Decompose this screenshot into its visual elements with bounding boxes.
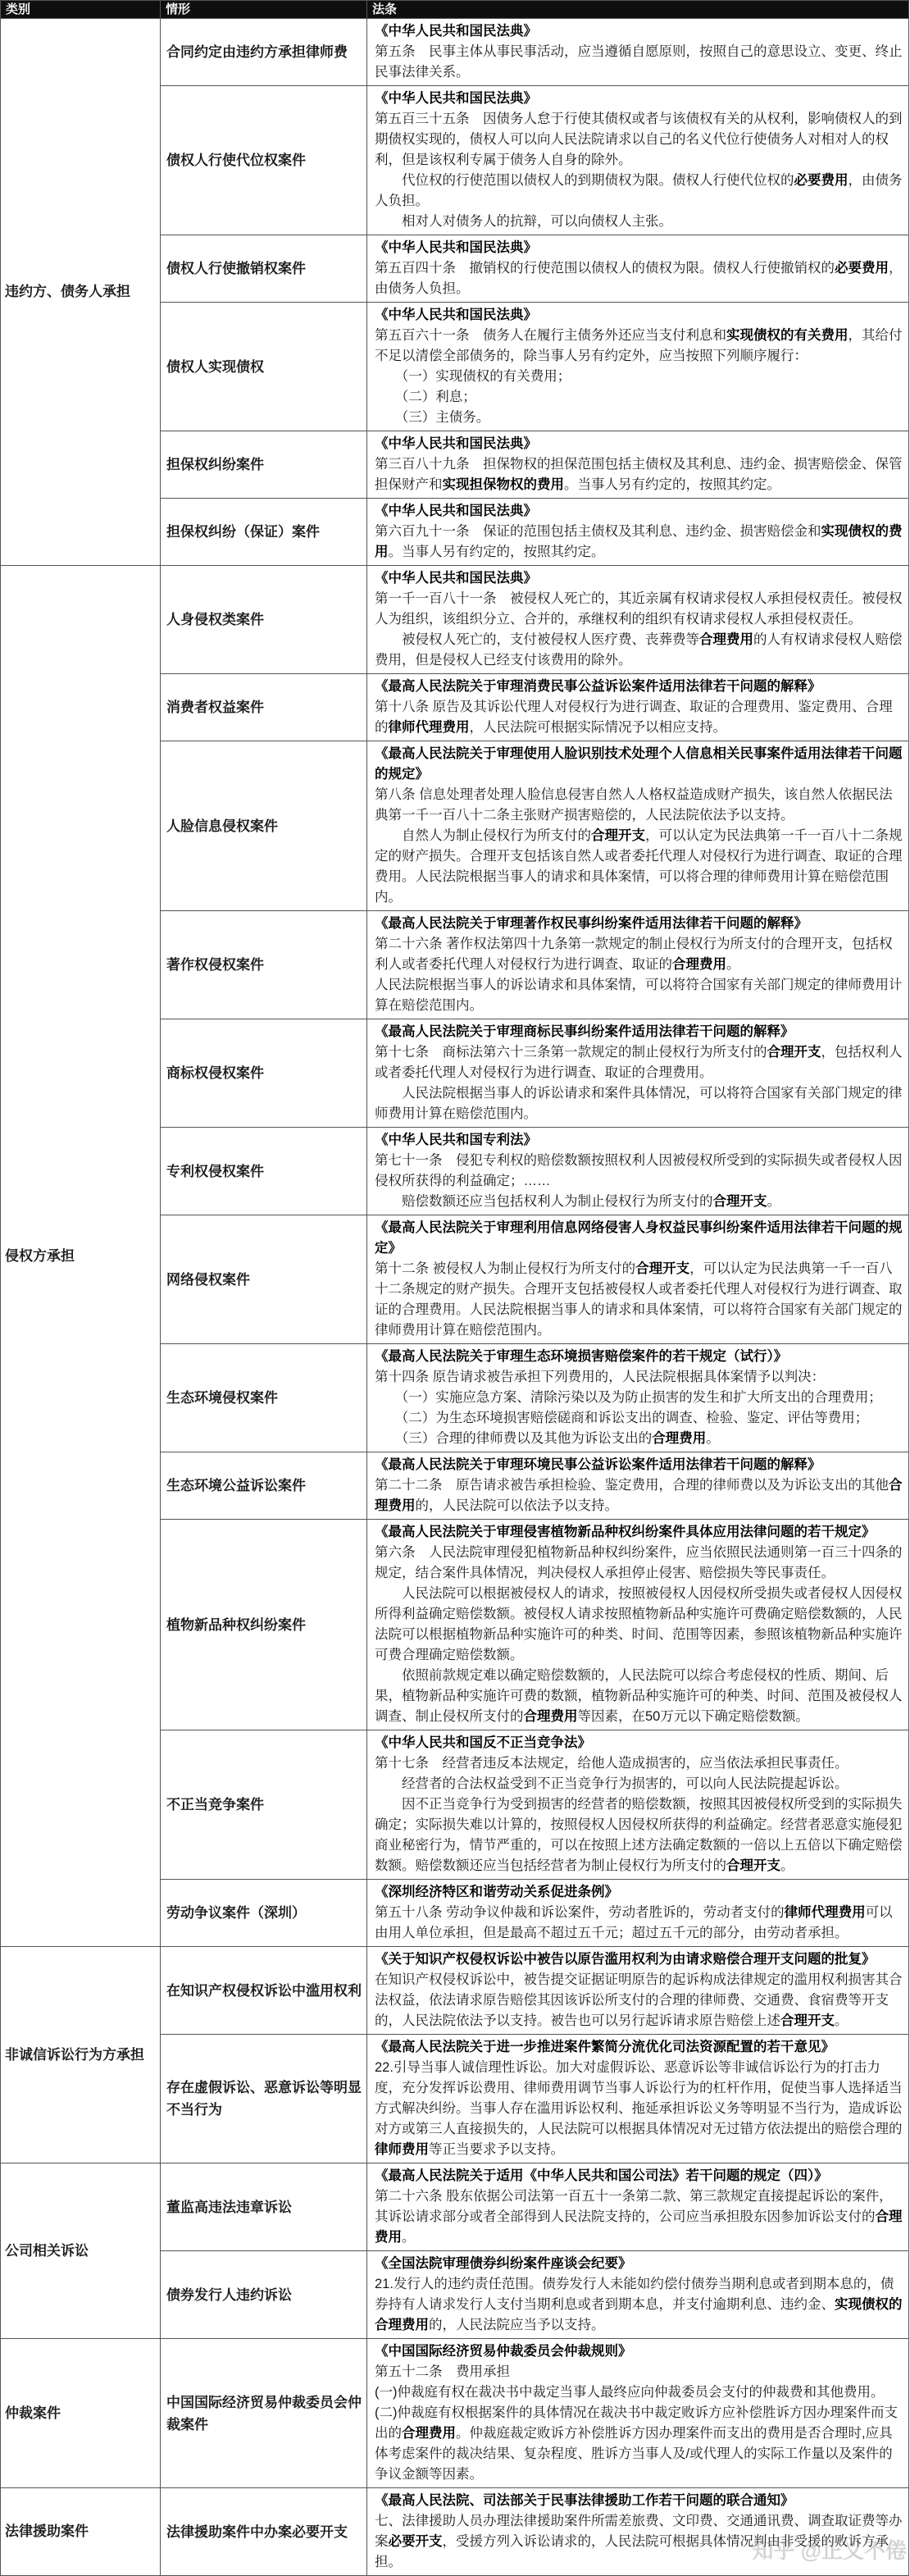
situation-cell: 担保权纠纷（保证）案件 bbox=[161, 499, 367, 566]
law-cell: 《中华人民共和国民法典》第五百三十五条 因债务人怠于行使其债权或者与该债权有关的… bbox=[367, 86, 909, 235]
law-cell: 《中华人民共和国民法典》第一千一百八十一条 被侵权人死亡的，其近亲属有权请求侵权… bbox=[367, 566, 909, 674]
table-header: 类别 情形 法条 bbox=[1, 1, 909, 19]
law-paragraph: （一）实现债权的有关费用； bbox=[375, 367, 903, 387]
law-paragraph: 《最高人民法院关于进一步推进案件繁简分流优化司法资源配置的若干意见》 bbox=[375, 2037, 903, 2058]
law-paragraph: 人民法院可以根据被侵权人的请求，按照被侵权人因侵权所受损失或者侵权人因侵权所得利… bbox=[375, 1584, 903, 1666]
law-paragraph: 第六百九十一条 保证的范围包括主债权及其利息、违约金、损害赔偿金和实现债权的费用… bbox=[375, 522, 903, 563]
law-paragraph: 代位权的行使范围以债权人的到期债权为限。债权人行使代位权的必要费用，由债务人负担… bbox=[375, 171, 903, 212]
law-paragraph: 因不正当竞争行为受到损害的经营者的赔偿数额，按照其因被侵权所受到的实际损失确定；… bbox=[375, 1794, 903, 1876]
law-paragraph: （三）主债务。 bbox=[375, 408, 903, 428]
law-paragraph: 《中华人民共和国民法典》 bbox=[375, 501, 903, 522]
law-paragraph: 《中华人民共和国专利法》 bbox=[375, 1130, 903, 1151]
law-paragraph: 《中华人民共和国反不正当竞争法》 bbox=[375, 1733, 903, 1753]
table-row: 非诚信诉讼行为方承担在知识产权侵权诉讼中滥用权利《关于知识产权侵权诉讼中被告以原… bbox=[1, 1947, 909, 2035]
law-cell: 《中国国际经济贸易仲裁委员会仲裁规则》第五十二条 费用承担(一)仲裁庭有权在裁决… bbox=[367, 2339, 909, 2488]
law-cell: 《中华人民共和国民法典》第五百四十条 撤销权的行使范围以债权人的债权为限。债权人… bbox=[367, 235, 909, 303]
law-paragraph: （二）利息； bbox=[375, 387, 903, 408]
category-cell: 违约方、债务人承担 bbox=[1, 19, 161, 566]
law-paragraph: 人民法院根据当事人的诉讼请求和案件具体情况，可以将符合国家有关部门规定的律师费用… bbox=[375, 1083, 903, 1124]
law-paragraph: (二)仲裁庭有权根据案件的具体情况在裁决书中裁定败诉方应补偿胜诉方因办理案件而支… bbox=[375, 2403, 903, 2485]
law-paragraph: 第十七条 商标法第六十三条第一款规定的制止侵权行为所支付的合理开支，包括权利人或… bbox=[375, 1042, 903, 1083]
law-paragraph: 第五十二条 费用承担 bbox=[375, 2362, 903, 2382]
situation-cell: 劳动争议案件（深圳） bbox=[161, 1880, 367, 1947]
law-paragraph: 《最高人民法院关于审理消费民事公益诉讼案件适用法律若干问题的解释》 bbox=[375, 677, 903, 697]
law-paragraph: 七、法律援助人员办理法律援助案件所需差旅费、文印费、交通通讯费、调查取证费等办案… bbox=[375, 2511, 903, 2573]
law-paragraph: 《最高人民法院关于审理侵害植物新品种权纠纷案件具体应用法律问题的若干规定》 bbox=[375, 1522, 903, 1543]
table-body: 违约方、债务人承担合同约定由违约方承担律师费《中华人民共和国民法典》第五条 民事… bbox=[1, 19, 909, 2576]
law-paragraph: 第十四条 原告请求被告承担下列费用的，人民法院根据具体案情予以判决： bbox=[375, 1367, 903, 1388]
header-law: 法条 bbox=[367, 1, 909, 19]
law-paragraph: 第一千一百八十一条 被侵权人死亡的，其近亲属有权请求侵权人承担侵权责任。被侵权人… bbox=[375, 589, 903, 630]
situation-cell: 合同约定由违约方承担律师费 bbox=[161, 19, 367, 86]
category-cell: 法律援助案件 bbox=[1, 2488, 161, 2576]
table-row: 仲裁案件中国国际经济贸易仲裁委员会仲裁案件《中国国际经济贸易仲裁委员会仲裁规则》… bbox=[1, 2339, 909, 2488]
law-paragraph: (一)仲裁庭有权在裁决书中裁定当事人最终应向仲裁委员会支付的仲裁费和其他费用。 bbox=[375, 2382, 903, 2403]
situation-cell: 人脸信息侵权案件 bbox=[161, 741, 367, 911]
situation-cell: 生态环境侵权案件 bbox=[161, 1344, 367, 1452]
situation-cell: 人身侵权类案件 bbox=[161, 566, 367, 674]
situation-cell: 在知识产权侵权诉讼中滥用权利 bbox=[161, 1947, 367, 2035]
law-paragraph: 第七十一条 侵犯专利权的赔偿数额按照权利人因被侵权所受到的实际损失或者侵权人因侵… bbox=[375, 1151, 903, 1192]
law-paragraph: 《最高人民法院关于审理商标民事纠纷案件适用法律若干问题的解释》 bbox=[375, 1022, 903, 1042]
category-cell: 非诚信诉讼行为方承担 bbox=[1, 1947, 161, 2163]
law-paragraph: 《最高人民法院关于审理著作权民事纠纷案件适用法律若干问题的解释》 bbox=[375, 914, 903, 934]
law-cell: 《最高人民法院关于审理侵害植物新品种权纠纷案件具体应用法律问题的若干规定》第六条… bbox=[367, 1520, 909, 1730]
law-cell: 《最高人民法院关于审理生态环境损害赔偿案件的若干规定（试行）》第十四条 原告请求… bbox=[367, 1344, 909, 1452]
law-paragraph: 《中国国际经济贸易仲裁委员会仲裁规则》 bbox=[375, 2341, 903, 2362]
law-paragraph: 《中华人民共和国民法典》 bbox=[375, 21, 903, 42]
law-paragraph: 第八条 信息处理者处理人脸信息侵害自然人人格权益造成财产损失，该自然人依据民法典… bbox=[375, 785, 903, 826]
law-cell: 《中华人民共和国反不正当竞争法》第十七条 经营者违反本法规定，给他人造成损害的，… bbox=[367, 1730, 909, 1880]
law-paragraph: 赔偿数额还应当包括权利人为制止侵权行为所支付的合理开支。 bbox=[375, 1192, 903, 1212]
law-paragraph: 第五百三十五条 因债务人怠于行使其债权或者与该债权有关的从权利，影响债权人的到期… bbox=[375, 109, 903, 171]
law-paragraph: 《最高人民法院关于审理生态环境损害赔偿案件的若干规定（试行）》 bbox=[375, 1347, 903, 1367]
law-paragraph: （二）为生态环境损害赔偿磋商和诉讼支出的调查、检验、鉴定、评估等费用； bbox=[375, 1408, 903, 1429]
law-cell: 《最高人民法院关于进一步推进案件繁简分流优化司法资源配置的若干意见》22.引导当… bbox=[367, 2035, 909, 2163]
situation-cell: 商标权侵权案件 bbox=[161, 1019, 367, 1128]
table-row: 法律援助案件法律援助案件中办案必要开支《最高人民法院、司法部关于民事法律援助工作… bbox=[1, 2488, 909, 2576]
law-cell: 《中华人民共和国民法典》第五条 民事主体从事民事活动，应当遵循自愿原则，按照自己… bbox=[367, 19, 909, 86]
law-paragraph: 《最高人民法院关于审理利用信息网络侵害人身权益民事纠纷案件适用法律若干问题的规定… bbox=[375, 1218, 903, 1259]
law-cell: 《最高人民法院关于审理著作权民事纠纷案件适用法律若干问题的解释》第二十六条 著作… bbox=[367, 911, 909, 1019]
law-cell: 《最高人民法院关于适用《中华人民共和国公司法》若干问题的规定（四）》第二十六条 … bbox=[367, 2163, 909, 2251]
situation-cell: 债权人实现债权 bbox=[161, 303, 367, 431]
law-paragraph: 《深圳经济特区和谐劳动关系促进条例》 bbox=[375, 1882, 903, 1903]
law-cell: 《最高人民法院关于审理使用人脸识别技术处理个人信息相关民事案件适用法律若干问题的… bbox=[367, 741, 909, 911]
law-paragraph: 第十二条 被侵权人为制止侵权行为所支付的合理开支，可以认定为民法典第一千一百八十… bbox=[375, 1259, 903, 1341]
law-paragraph: 第三百八十九条 担保物权的担保范围包括主债权及其利息、违约金、损害赔偿金、保管担… bbox=[375, 454, 903, 495]
law-paragraph: 《最高人民法院关于审理使用人脸识别技术处理个人信息相关民事案件适用法律若干问题的… bbox=[375, 744, 903, 785]
law-paragraph: 被侵权人死亡的，支付被侵权人医疗费、丧葬费等合理费用的人有权请求侵权人赔偿费用，… bbox=[375, 630, 903, 671]
law-paragraph: 21.发行人的违约责任范围。债券发行人未能如约偿付债券当期利息或者到期本息的，债… bbox=[375, 2274, 903, 2336]
law-paragraph: 第五百四十条 撤销权的行使范围以债权人的债权为限。债权人行使撤销权的必要费用，由… bbox=[375, 258, 903, 299]
law-cell: 《深圳经济特区和谐劳动关系促进条例》第五十八条 劳动争议仲裁和诉讼案件，劳动者胜… bbox=[367, 1880, 909, 1947]
header-category: 类别 bbox=[1, 1, 161, 19]
law-cell: 《中华人民共和国民法典》第六百九十一条 保证的范围包括主债权及其利息、违约金、损… bbox=[367, 499, 909, 566]
category-cell: 侵权方承担 bbox=[1, 566, 161, 1947]
situation-cell: 债权人行使撤销权案件 bbox=[161, 235, 367, 303]
law-cell: 《最高人民法院关于审理环境民事公益诉讼案件适用法律若干问题的解释》第二十二条 原… bbox=[367, 1452, 909, 1520]
situation-cell: 著作权侵权案件 bbox=[161, 911, 367, 1019]
law-cell: 《关于知识产权侵权诉讼中被告以原告滥用权利为由请求赔偿合理开支问题的批复》在知识… bbox=[367, 1947, 909, 2035]
law-paragraph: 《最高人民法院关于审理环境民事公益诉讼案件适用法律若干问题的解释》 bbox=[375, 1455, 903, 1475]
law-paragraph: 《中华人民共和国民法典》 bbox=[375, 568, 903, 589]
law-paragraph: 《最高人民法院、司法部关于民事法律援助工作若干问题的联合通知》 bbox=[375, 2491, 903, 2511]
situation-cell: 债券发行人违约诉讼 bbox=[161, 2251, 367, 2339]
law-cell: 《最高人民法院关于审理消费民事公益诉讼案件适用法律若干问题的解释》第十八条 原告… bbox=[367, 674, 909, 741]
law-paragraph: 第五条 民事主体从事民事活动，应当遵循自愿原则，按照自己的意思设立、变更、终止民… bbox=[375, 42, 903, 83]
law-paragraph: 《中华人民共和国民法典》 bbox=[375, 89, 903, 109]
legal-fee-table: 类别 情形 法条 违约方、债务人承担合同约定由违约方承担律师费《中华人民共和国民… bbox=[0, 0, 909, 2576]
situation-cell: 中国国际经济贸易仲裁委员会仲裁案件 bbox=[161, 2339, 367, 2488]
situation-cell: 生态环境公益诉讼案件 bbox=[161, 1452, 367, 1520]
table-row: 侵权方承担人身侵权类案件《中华人民共和国民法典》第一千一百八十一条 被侵权人死亡… bbox=[1, 566, 909, 674]
situation-cell: 不正当竞争案件 bbox=[161, 1730, 367, 1880]
law-paragraph: （一）实施应急方案、清除污染以及为防止损害的发生和扩大所支出的合理费用； bbox=[375, 1388, 903, 1408]
law-paragraph: 《关于知识产权侵权诉讼中被告以原告滥用权利为由请求赔偿合理开支问题的批复》 bbox=[375, 1949, 903, 1970]
law-cell: 《中华人民共和国专利法》第七十一条 侵犯专利权的赔偿数额按照权利人因被侵权所受到… bbox=[367, 1128, 909, 1215]
category-cell: 仲裁案件 bbox=[1, 2339, 161, 2488]
law-paragraph: 经营者的合法权益受到不正当竞争行为损害的，可以向人民法院提起诉讼。 bbox=[375, 1774, 903, 1794]
page: 类别 情形 法条 违约方、债务人承担合同约定由违约方承担律师费《中华人民共和国民… bbox=[0, 0, 910, 2576]
law-cell: 《最高人民法院关于审理利用信息网络侵害人身权益民事纠纷案件适用法律若干问题的规定… bbox=[367, 1215, 909, 1344]
law-cell: 《最高人民法院、司法部关于民事法律援助工作若干问题的联合通知》七、法律援助人员办… bbox=[367, 2488, 909, 2576]
law-paragraph: 依照前款规定难以确定赔偿数额的，人民法院可以综合考虑侵权的性质、期间、后果，植物… bbox=[375, 1666, 903, 1727]
law-paragraph: 第十八条 原告及其诉讼代理人对侵权行为进行调查、取证的合理费用、鉴定费用、合理的… bbox=[375, 697, 903, 738]
header-situation: 情形 bbox=[161, 1, 367, 19]
table-row: 违约方、债务人承担合同约定由违约方承担律师费《中华人民共和国民法典》第五条 民事… bbox=[1, 19, 909, 86]
situation-cell: 债权人行使代位权案件 bbox=[161, 86, 367, 235]
law-paragraph: 《中华人民共和国民法典》 bbox=[375, 434, 903, 454]
category-cell: 公司相关诉讼 bbox=[1, 2163, 161, 2339]
law-paragraph: 22.引导当事人诚信理性诉讼。加大对虚假诉讼、恶意诉讼等非诚信诉讼行为的打击力度… bbox=[375, 2058, 903, 2160]
law-cell: 《中华人民共和国民法典》第三百八十九条 担保物权的担保范围包括主债权及其利息、违… bbox=[367, 431, 909, 499]
situation-cell: 存在虚假诉讼、恶意诉讼等明显不当行为 bbox=[161, 2035, 367, 2163]
situation-cell: 消费者权益案件 bbox=[161, 674, 367, 741]
situation-cell: 法律援助案件中办案必要开支 bbox=[161, 2488, 367, 2576]
law-paragraph: （三）合理的律师费以及其他为诉讼支出的合理费用。 bbox=[375, 1429, 903, 1449]
situation-cell: 专利权侵权案件 bbox=[161, 1128, 367, 1215]
law-paragraph: 第五十八条 劳动争议仲裁和诉讼案件，劳动者胜诉的，劳动者支付的律师代理费用可以由… bbox=[375, 1903, 903, 1944]
law-paragraph: 《最高人民法院关于适用《中华人民共和国公司法》若干问题的规定（四）》 bbox=[375, 2166, 903, 2186]
situation-cell: 植物新品种权纠纷案件 bbox=[161, 1520, 367, 1730]
law-paragraph: 第六条 人民法院审理侵犯植物新品种权纠纷案件，应当依照民法通则第一百三十四条的规… bbox=[375, 1543, 903, 1584]
situation-cell: 董监高违法违章诉讼 bbox=[161, 2163, 367, 2251]
law-cell: 《中华人民共和国民法典》第五百六十一条 债务人在履行主债务外还应当支付利息和实现… bbox=[367, 303, 909, 431]
law-paragraph: 第二十六条 股东依据公司法第一百五十一条第二款、第三款规定直接提起诉讼的案件，其… bbox=[375, 2186, 903, 2248]
situation-cell: 网络侵权案件 bbox=[161, 1215, 367, 1344]
law-cell: 《全国法院审理债券纠纷案件座谈会纪要》21.发行人的违约责任范围。债券发行人未能… bbox=[367, 2251, 909, 2339]
law-paragraph: 人民法院根据当事人的诉讼请求和具体案情，可以将符合国家有关部门规定的律师费用计算… bbox=[375, 975, 903, 1016]
law-paragraph: 第五百六十一条 债务人在履行主债务外还应当支付利息和实现债权的有关费用，其给付不… bbox=[375, 326, 903, 367]
table-row: 公司相关诉讼董监高违法违章诉讼《最高人民法院关于适用《中华人民共和国公司法》若干… bbox=[1, 2163, 909, 2251]
law-paragraph: 《全国法院审理债券纠纷案件座谈会纪要》 bbox=[375, 2254, 903, 2274]
law-paragraph: 第二十六条 著作权法第四十九条第一款规定的制止侵权行为所支付的合理开支，包括权利… bbox=[375, 934, 903, 975]
law-paragraph: 第十七条 经营者违反本法规定，给他人造成损害的，应当依法承担民事责任。 bbox=[375, 1753, 903, 1774]
law-paragraph: 在知识产权侵权诉讼中，被告提交证据证明原告的起诉构成法律规定的滥用权利损害其合法… bbox=[375, 1970, 903, 2031]
law-cell: 《最高人民法院关于审理商标民事纠纷案件适用法律若干问题的解释》第十七条 商标法第… bbox=[367, 1019, 909, 1128]
situation-cell: 担保权纠纷案件 bbox=[161, 431, 367, 499]
law-paragraph: 自然人为制止侵权行为所支付的合理开支，可以认定为民法典第一千一百八十二条规定的财… bbox=[375, 826, 903, 908]
law-paragraph: 相对人对债务人的抗辩，可以向债权人主张。 bbox=[375, 212, 903, 232]
law-paragraph: 《中华人民共和国民法典》 bbox=[375, 305, 903, 326]
law-paragraph: 《中华人民共和国民法典》 bbox=[375, 238, 903, 258]
law-paragraph: 第二十二条 原告请求被告承担检验、鉴定费用，合理的律师费以及为诉讼支出的其他合理… bbox=[375, 1475, 903, 1516]
header-row: 类别 情形 法条 bbox=[1, 1, 909, 19]
